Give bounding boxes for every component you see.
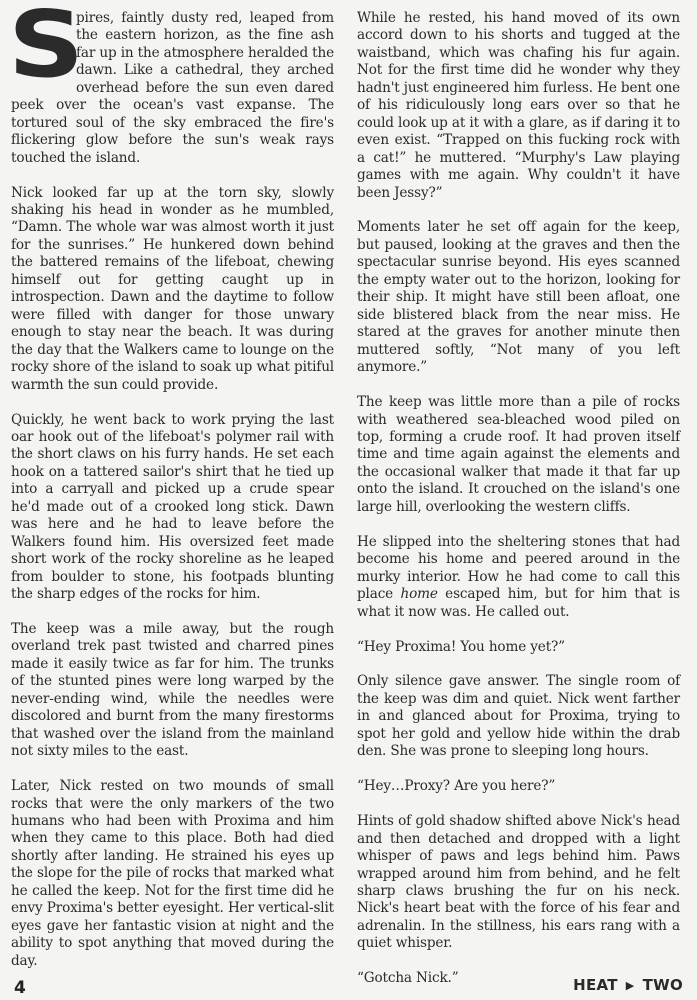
emphasis: home: [400, 586, 437, 602]
drop-cap: S: [8, 14, 79, 80]
paragraph: Spires, faintly dusty red, leaped from t…: [11, 10, 334, 167]
publication-name-left: HEAT: [573, 976, 618, 994]
publication-footer: HEAT ▶ TWO: [573, 976, 683, 994]
play-arrow-icon: ▶: [626, 979, 635, 992]
publication-name-right: TWO: [643, 976, 683, 994]
paragraph: Nick looked far up at the torn sky, slow…: [11, 185, 334, 394]
paragraph: The keep was little more than a pile of …: [357, 394, 680, 516]
paragraph: Hints of gold shadow shifted above Nick'…: [357, 813, 680, 953]
page-number: 4: [14, 978, 26, 998]
magazine-page: Spires, faintly dusty red, leaped from t…: [0, 0, 697, 1000]
paragraph: “Hey Proxima! You home yet?”: [357, 639, 680, 656]
right-column: While he rested, his hand moved of its o…: [357, 10, 680, 1000]
paragraph: Later, Nick rested on two mounds of smal…: [11, 778, 334, 970]
paragraph: Only silence gave answer. The single roo…: [357, 673, 680, 760]
paragraph: The keep was a mile away, but the rough …: [11, 621, 334, 761]
left-column: Spires, faintly dusty red, leaped from t…: [11, 10, 334, 988]
paragraph: “Hey…Proxy? Are you here?”: [357, 778, 680, 795]
paragraph: He slipped into the sheltering stones th…: [357, 534, 680, 621]
paragraph: Quickly, he went back to work prying the…: [11, 412, 334, 604]
paragraph: Moments later he set off again for the k…: [357, 219, 680, 376]
paragraph: While he rested, his hand moved of its o…: [357, 10, 680, 202]
